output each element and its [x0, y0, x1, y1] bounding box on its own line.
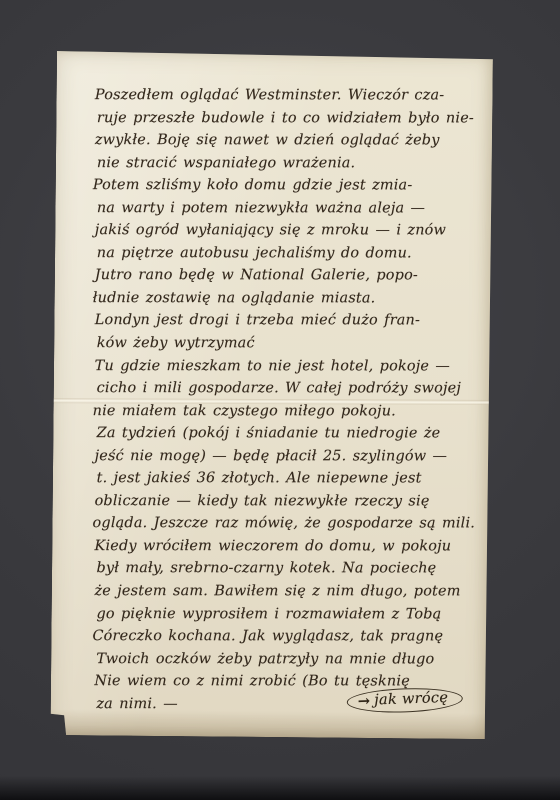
letter-line: Potem szliśmy koło domu gdzie jest zmia-	[93, 174, 487, 197]
letter-paper: Poszedłem oglądać Westminster. Wieczór c…	[50, 51, 493, 739]
signature-text: jak wrócę	[373, 690, 448, 709]
letter-line: Londyn jest drogi i trzeba mieć dużo fra…	[95, 310, 487, 333]
letter-line: łudnie zostawię na oglądanie miasta.	[93, 287, 487, 310]
letter-line: Twoich oczków żeby patrzyły na mnie dług…	[96, 648, 486, 671]
letter-line: t. jest jakieś 36 złotych. Ale niepewne …	[97, 467, 487, 490]
letter-line: ogląda. Jeszcze raz mówię, że gospodarze…	[93, 512, 487, 535]
letter-line: jakiś ogród wyłaniający się z mroku — i …	[95, 219, 487, 242]
letter-line: go pięknie wyprosiłem i rozmawiałem z To…	[96, 603, 486, 626]
letter-line: na piętrze autobusu jechaliśmy do domu.	[97, 242, 487, 265]
letter-line: Jutro rano będę w National Galerie, popo…	[95, 264, 487, 287]
letter-line: że jestem sam. Bawiłem się z nim długo, …	[94, 580, 486, 603]
signature-note: →jak wrócę	[346, 686, 463, 714]
signature-circle: →jak wrócę	[346, 686, 463, 714]
letter-line: zwykłe. Boję się nawet w dzień oglądać ż…	[95, 129, 487, 152]
letter-line: jeść nie mogę) — będę płacił 25. szyling…	[95, 445, 487, 468]
letter-line: Za tydzień (pokój i śniadanie tu niedrog…	[97, 422, 487, 445]
letter-body: Poszedłem oglądać Westminster. Wieczór c…	[94, 84, 487, 716]
signature-arrow-icon: →	[357, 693, 370, 710]
letter-line: nie miałem tak czystego miłego pokoju.	[93, 400, 487, 423]
letter-line: Kiedy wróciłem wieczorem do domu, w poko…	[95, 535, 487, 558]
letter-line: nie stracić wspaniałego wrażenia.	[97, 152, 487, 175]
letter-line: był mały, srebrno-czarny kotek. Na pocie…	[97, 558, 487, 581]
letter-line: na warty i potem niezwykła ważna aleja —	[97, 197, 487, 220]
letter-line: ków żeby wytrzymać	[97, 332, 487, 355]
letter-line: Poszedłem oglądać Westminster. Wieczór c…	[95, 84, 487, 107]
letter-line: obliczanie — kiedy tak niezwykłe rzeczy …	[95, 490, 487, 513]
letter-line: ruje przeszłe budowle i to co widziałem …	[97, 107, 487, 130]
letter-line: Córeczko kochana. Jak wyglądasz, tak pra…	[92, 625, 486, 648]
letter-line: Tu gdzie mieszkam to nie jest hotel, pok…	[95, 355, 487, 378]
letter-line: cicho i mili gospodarze. W całej podróży…	[97, 377, 487, 400]
